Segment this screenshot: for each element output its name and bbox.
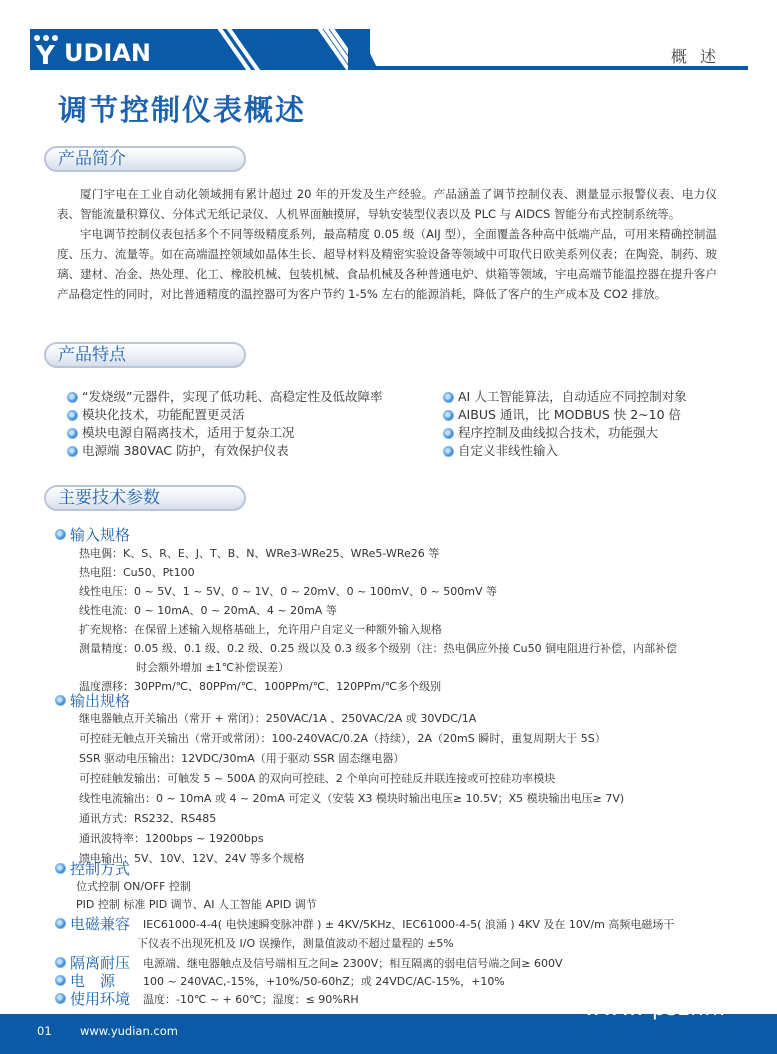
header-band: Y UDIAN: [30, 29, 370, 70]
page-number: 01: [37, 1024, 52, 1038]
section-label: 概 述: [671, 44, 720, 67]
spec-value: 温度：-10℃ ~ + 60℃；湿度：≤ 90%RH: [143, 991, 359, 1007]
spec-row: 继电器触点开关输出（常开 + 常闭）：250VAC/1A 、250VAC/2A …: [79, 709, 624, 729]
bullet-icon: [55, 918, 66, 929]
spec-row: 位式控制 ON/OFF 控制: [76, 878, 317, 896]
bullet-icon: [55, 529, 66, 540]
features-list-right: AI 人工智能算法，自动适应不同控制对象 AIBUS 通讯，比 MODBUS 快…: [443, 388, 687, 460]
bullet-icon: [55, 975, 66, 986]
subheading-input: 输入规格: [55, 524, 130, 545]
input-spec-list: 热电偶：K、S、R、E、J、T、B、N、WRe3-WRe25、WRe5-WRe2…: [79, 544, 677, 696]
section-heading-intro: 产品简介: [44, 146, 246, 172]
list-item: “发烧级”元器件，实现了低功耗、高稳定性及低故障率: [67, 388, 382, 406]
yudian-logo: Y UDIAN: [34, 31, 151, 67]
spec-row: 时会额外增加 ±1℃补偿误差）: [79, 658, 677, 677]
spec-row: 测量精度：0.05 级、0.1 级、0.2 级、0.25 级以及 0.3 级多个…: [79, 639, 677, 658]
bullet-icon: [443, 392, 454, 403]
spec-value: 100 ~ 240VAC,-15%，+10%/50-60hZ；或 24VDC/A…: [143, 973, 505, 989]
bullet-icon: [67, 446, 78, 457]
intro-text: 厦门宇电在工业自动化领域拥有累计超过 20 年的开发及生产经验。产品涵盖了调节控…: [57, 184, 717, 304]
spec-row: 扩充规格：在保留上述输入规格基础上，允许用户自定义一种额外输入规格: [79, 620, 677, 639]
section-heading-features: 产品特点: [44, 342, 246, 368]
list-item: AI 人工智能算法，自动适应不同控制对象: [443, 388, 687, 406]
bullet-icon: [55, 993, 66, 1004]
list-item: 模块电源自隔离技术，适用于复杂工况: [67, 424, 382, 442]
footer-url-link[interactable]: www.yudian.com: [80, 1024, 178, 1038]
spec-row: 温度漂移：30PPm/℃、80PPm/℃、100PPm/℃、120PPm/℃多个…: [79, 677, 677, 696]
intro-paragraph: 厦门宇电在工业自动化领域拥有累计超过 20 年的开发及生产经验。产品涵盖了调节控…: [57, 184, 717, 224]
spec-emc: 电磁兼容 IEC61000-4-4( 电快速瞬变脉冲群 ) ± 4KV/5KHz…: [55, 913, 674, 934]
list-item: 电源端 380VAC 防护，有效保护仪表: [67, 442, 382, 460]
spec-label: 使用环境: [70, 988, 137, 1009]
bullet-icon: [55, 957, 66, 968]
spec-row: 馈电输出：5V、10V、12V、24V 等多个规格: [79, 849, 624, 869]
control-spec-list: 位式控制 ON/OFF 控制 PID 控制 标准 PID 调节、AI 人工智能 …: [76, 878, 317, 914]
subheading-control: 控制方式: [55, 858, 130, 879]
spec-row: 线性电流输出：0 ~ 10mA 或 4 ~ 20mA 可定义（安装 X3 模块时…: [79, 789, 624, 809]
bullet-icon: [443, 428, 454, 439]
logo-mark-icon: Y: [34, 33, 62, 67]
bullet-icon: [67, 428, 78, 439]
list-item: AIBUS 通讯，比 MODBUS 快 2~10 倍: [443, 406, 687, 424]
bullet-icon: [55, 695, 66, 706]
bullet-icon: [443, 410, 454, 421]
spec-value: IEC61000-4-4( 电快速瞬变脉冲群 ) ± 4KV/5KHz、IEC6…: [143, 916, 674, 932]
page-header: Y UDIAN 概 述: [30, 29, 748, 70]
spec-row: 线性电压：0 ~ 5V、1 ~ 5V、0 ~ 1V、0 ~ 20mV、0 ~ 1…: [79, 582, 677, 601]
intro-paragraph: 宇电调节控制仪表包括多个不同等级精度系列，最高精度 0.05 级（AIJ 型），…: [57, 224, 717, 304]
spec-row: 可控硅无触点开关输出（常开或常闭）：100-240VAC/0.2A（持续），2A…: [79, 729, 624, 749]
bullet-icon: [443, 446, 454, 457]
subheading-output: 输出规格: [55, 690, 130, 711]
spec-row: 热电偶：K、S、R、E、J、T、B、N、WRe3-WRe25、WRe5-WRe2…: [79, 544, 677, 563]
spec-row: 热电阻：Cu50、Pt100: [79, 563, 677, 582]
bullet-icon: [67, 410, 78, 421]
bullet-icon: [67, 392, 78, 403]
list-item: 自定义非线性输入: [443, 442, 687, 460]
spec-emc-continuation: 下仪表不出现死机及 I/O 误操作，测量值波动不超过量程的 ±5%: [137, 935, 454, 951]
spec-environment: 使用环境 温度：-10℃ ~ + 60℃；湿度：≤ 90%RH: [55, 988, 359, 1009]
list-item: 程序控制及曲线拟合技术，功能强大: [443, 424, 687, 442]
list-item: 模块化技术，功能配置更灵活: [67, 406, 382, 424]
spec-row: PID 控制 标准 PID 调节、AI 人工智能 APID 调节: [76, 896, 317, 914]
spec-row: 通讯波特率：1200bps ~ 19200bps: [79, 829, 624, 849]
spec-row: 可控硅触发输出：可触发 5 ~ 500A 的双向可控硅、2 个单向可控硅反并联连…: [79, 769, 624, 789]
watermark: www. pszhn. com: [584, 1003, 777, 1023]
spec-label: 电磁兼容: [70, 913, 137, 934]
bullet-icon: [55, 863, 66, 874]
spec-row: SSR 驱动电压输出：12VDC/30mA（用于驱动 SSR 固态继电器）: [79, 749, 624, 769]
spec-row: 通讯方式：RS232、RS485: [79, 809, 624, 829]
output-spec-list: 继电器触点开关输出（常开 + 常闭）：250VAC/1A 、250VAC/2A …: [79, 709, 624, 869]
section-heading-specs: 主要技术参数: [44, 485, 246, 511]
page-title: 调节控制仪表概述: [58, 88, 306, 129]
logo-text: UDIAN: [64, 39, 151, 67]
spec-value: 电源端、继电器触点及信号端相互之间≥ 2300V；相互隔离的弱电信号端之间≥ 6…: [143, 955, 562, 971]
features-list-left: “发烧级”元器件，实现了低功耗、高稳定性及低故障率 模块化技术，功能配置更灵活 …: [67, 388, 382, 460]
spec-row: 线性电流：0 ~ 10mA、0 ~ 20mA、4 ~ 20mA 等: [79, 601, 677, 620]
